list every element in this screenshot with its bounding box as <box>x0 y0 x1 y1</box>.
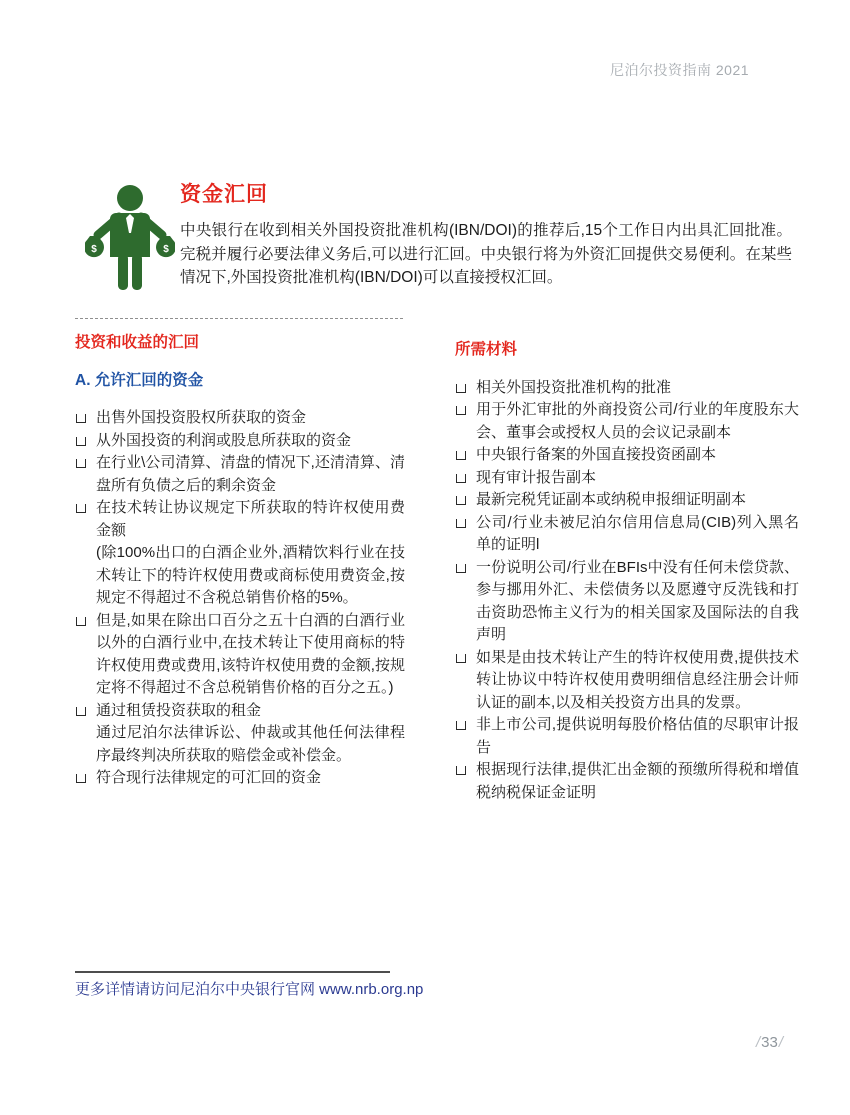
list-item-text: 现有审计报告副本 <box>476 469 596 486</box>
list-item: 相关外国投资批准机构的批准 <box>455 377 799 400</box>
checkbox-icon <box>456 519 466 528</box>
list-item-text: 一份说明公司/行业在BFIs中没有任何未偿贷款、参与挪用外汇、未偿债务以及愿遵守… <box>476 559 799 644</box>
list-item: 出售外国投资股权所获取的资金 <box>75 407 405 430</box>
list-item-text: 非上市公司,提供说明每股价格估值的尽职审计报告 <box>476 716 799 756</box>
list-item: 从外国投资的利润或股息所获取的资金 <box>75 430 405 453</box>
list-item-text: 符合现行法律规定的可汇回的资金 <box>96 769 321 786</box>
list-item: 中央银行备案的外国直接投资函副本 <box>455 444 799 467</box>
checkbox-icon <box>456 451 466 460</box>
footer-divider <box>75 971 390 973</box>
central-bank-website-link[interactable]: 更多详情请访问尼泊尔中央银行官网 www.nrb.org.np <box>75 978 423 999</box>
checkbox-icon <box>76 707 86 716</box>
checkbox-icon <box>456 406 466 415</box>
list-item: 最新完税凭证副本或纳税申报细证明副本 <box>455 489 799 512</box>
list-item-text: 用于外汇审批的外商投资公司/行业的年度股东大会、董事会或授权人员的会议记录副本 <box>476 401 799 441</box>
list-item: 现有审计报告副本 <box>455 467 799 490</box>
left-column: 投资和收益的汇回 A. 允许汇回的资金 出售外国投资股权所获取的资金 从外国投资… <box>75 332 405 790</box>
intro-paragraph: 中央银行在收到相关外国投资批准机构(IBN/DOI)的推荐后,15个工作日内出具… <box>180 219 792 290</box>
dashed-divider <box>75 318 403 319</box>
list-item: 在技术转让协议规定下所获取的特许权使用费金额 (除100%出口的白酒企业外,酒精… <box>75 497 405 610</box>
list-item-note: 通过尼泊尔法律诉讼、仲裁或其他任何法律程序最终判决所获取的赔偿金或补偿金。 <box>96 722 405 767</box>
checkbox-icon <box>76 459 86 468</box>
left-column-subheading: A. 允许汇回的资金 <box>75 370 405 393</box>
list-item: 但是,如果在除出口百分之五十白酒的白酒行业以外的白酒行业中,在技术转让下使用商标… <box>75 610 405 700</box>
page-number: /33/ <box>755 1034 784 1051</box>
list-item-text: 最新完税凭证副本或纳税申报细证明副本 <box>476 491 746 508</box>
list-item-text: 从外国投资的利润或股息所获取的资金 <box>96 432 351 449</box>
list-item: 用于外汇审批的外商投资公司/行业的年度股东大会、董事会或授权人员的会议记录副本 <box>455 399 799 444</box>
list-item: 符合现行法律规定的可汇回的资金 <box>75 767 405 790</box>
list-item: 公司/行业未被尼泊尔信用信息局(CIB)列入黑名单的证明l <box>455 512 799 557</box>
document-header: 尼泊尔投资指南 2021 <box>610 60 790 80</box>
checkbox-icon <box>76 617 86 626</box>
page-title: 资金汇回 <box>180 178 792 208</box>
list-item-text: 在技术转让协议规定下所获取的特许权使用费金额 <box>96 499 405 539</box>
list-item: 非上市公司,提供说明每股价格估值的尽职审计报告 <box>455 714 799 759</box>
allowed-funds-list: 出售外国投资股权所获取的资金 从外国投资的利润或股息所获取的资金 在行业\公司清… <box>75 407 405 790</box>
checkbox-icon <box>456 474 466 483</box>
list-item-text: 公司/行业未被尼泊尔信用信息局(CIB)列入黑名单的证明l <box>476 514 799 554</box>
required-materials-list: 相关外国投资批准机构的批准 用于外汇审批的外商投资公司/行业的年度股东大会、董事… <box>455 377 799 805</box>
checkbox-icon <box>76 504 86 513</box>
list-item-text: 如果是由技术转让产生的特许权使用费,提供技术转让协议中特许权使用费明细信息经注册… <box>476 649 799 711</box>
list-item-text: 通过租赁投资获取的租金 <box>96 702 261 719</box>
list-item-text: 根据现行法律,提供汇出金额的预缴所得税和增值税纳税保证金证明 <box>476 761 799 801</box>
list-item-note: (除100%出口的白酒企业外,酒精饮料行业在技术转让下的特许权使用费或商标使用费… <box>96 542 405 610</box>
page-number-value: 33 <box>761 1034 778 1051</box>
list-item-text: 中央银行备案的外国直接投资函副本 <box>476 446 716 463</box>
list-item: 在行业\公司清算、清盘的情况下,还清清算、清盘所有负债之后的剩余资金 <box>75 452 405 497</box>
page-number-bar: / <box>778 1034 784 1051</box>
checkbox-icon <box>456 496 466 505</box>
checkbox-icon <box>76 437 86 446</box>
list-item: 根据现行法律,提供汇出金额的预缴所得税和增值税纳税保证金证明 <box>455 759 799 804</box>
list-item: 通过租赁投资获取的租金 通过尼泊尔法律诉讼、仲裁或其他任何法律程序最终判决所获取… <box>75 700 405 768</box>
checkbox-icon <box>76 414 86 423</box>
fund-repatriation-section: $ $ 资金汇回 中央银行在收到相关外国投资批准机构(IBN/DOI)的推荐后,… <box>85 178 792 290</box>
money-bags-person-icon: $ $ <box>85 184 175 294</box>
svg-text:$: $ <box>91 244 97 255</box>
svg-text:$: $ <box>163 244 169 255</box>
checkbox-icon <box>76 774 86 783</box>
checkbox-icon <box>456 654 466 663</box>
checkbox-icon <box>456 766 466 775</box>
list-item-text: 但是,如果在除出口百分之五十白酒的白酒行业以外的白酒行业中,在技术转让下使用商标… <box>96 612 405 697</box>
checkbox-icon <box>456 564 466 573</box>
right-column-heading: 所需材料 <box>455 339 799 362</box>
list-item-text: 在行业\公司清算、清盘的情况下,还清清算、清盘所有负债之后的剩余资金 <box>96 454 405 494</box>
checkbox-icon <box>456 384 466 393</box>
checkbox-icon <box>456 721 466 730</box>
right-column: 所需材料 相关外国投资批准机构的批准 用于外汇审批的外商投资公司/行业的年度股东… <box>455 339 799 804</box>
list-item: 一份说明公司/行业在BFIs中没有任何未偿贷款、参与挪用外汇、未偿债务以及愿遵守… <box>455 557 799 647</box>
list-item: 如果是由技术转让产生的特许权使用费,提供技术转让协议中特许权使用费明细信息经注册… <box>455 647 799 715</box>
list-item-text: 出售外国投资股权所获取的资金 <box>96 409 306 426</box>
left-column-heading: 投资和收益的汇回 <box>75 332 405 355</box>
list-item-text: 相关外国投资批准机构的批准 <box>476 379 671 396</box>
